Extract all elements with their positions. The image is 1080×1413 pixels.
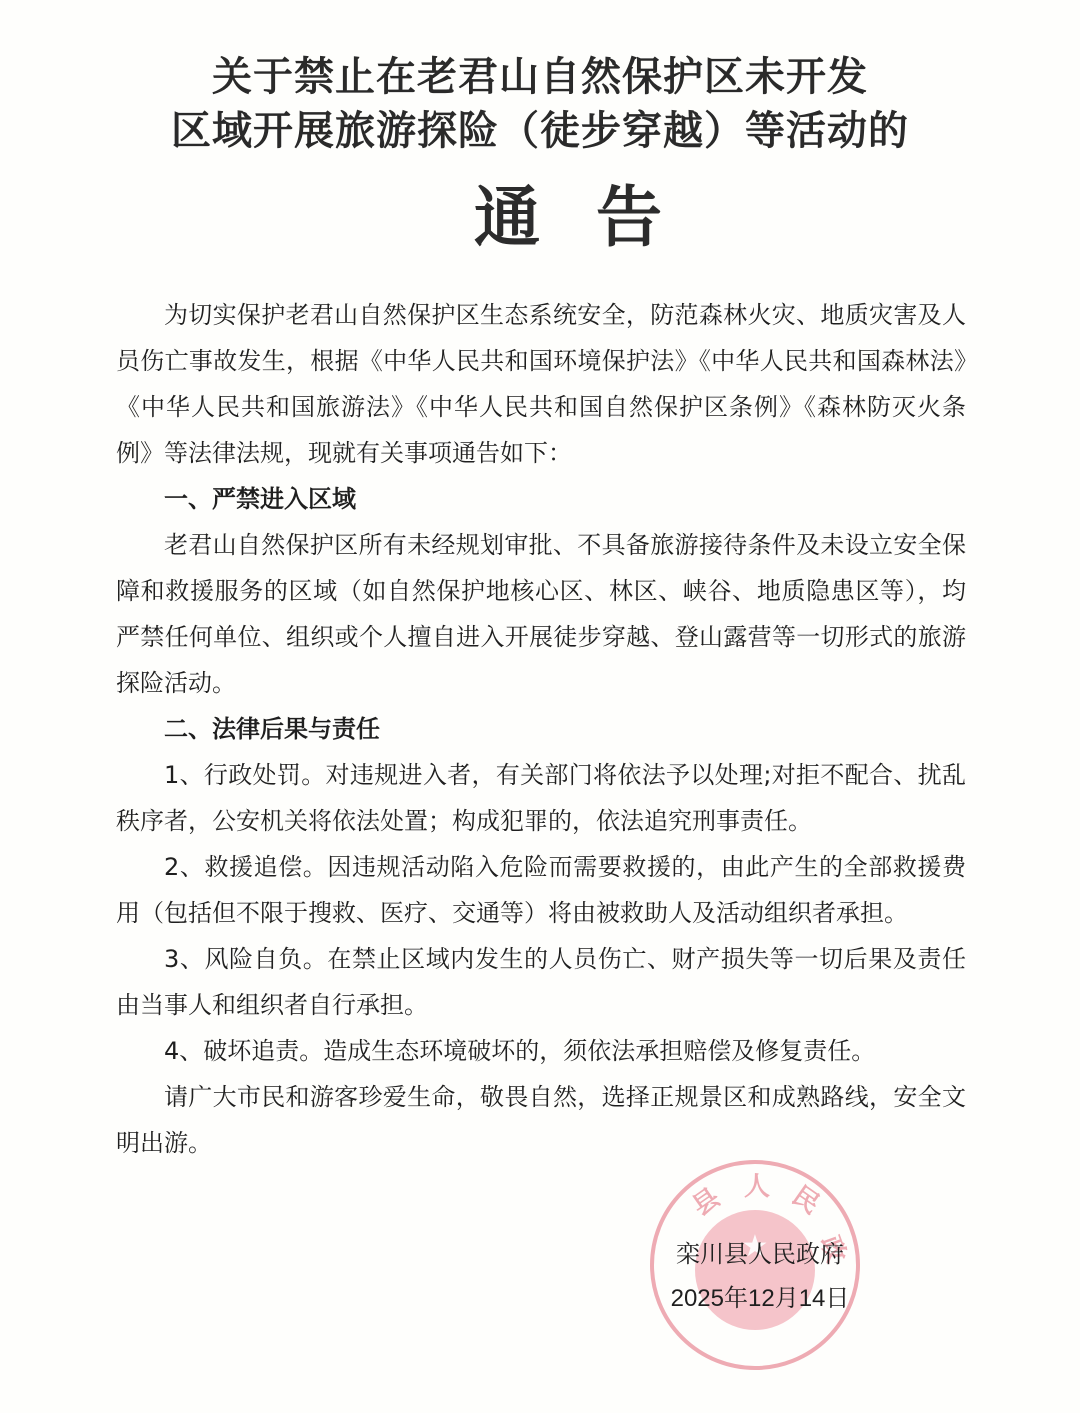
stamp-char: 民 bbox=[786, 1176, 829, 1221]
document-body: 为切实保护老君山自然保护区生态系统安全，防范森林火灾、地质灾害及人员伤亡事故发生… bbox=[116, 292, 966, 1166]
section-1-paragraph: 老君山自然保护区所有未经规划审批、不具备旅游接待条件及未设立安全保障和救援服务的… bbox=[116, 522, 966, 706]
section-2-heading: 二、法律后果与责任 bbox=[116, 706, 966, 752]
stamp-char: 县 bbox=[684, 1178, 727, 1223]
document-title: 通告 bbox=[0, 172, 1080, 262]
section-2-item-2: 2、救援追偿。因违规活动陷入危险而需要救援的，由此产生的全部救援费用（包括但不限… bbox=[116, 844, 966, 936]
section-1-heading: 一、严禁进入区域 bbox=[116, 476, 966, 522]
title-line-1: 关于禁止在老君山自然保护区未开发 bbox=[0, 52, 1080, 102]
section-2-item-3: 3、风险自负。在禁止区域内发生的人员伤亡、财产损失等一切后果及责任由当事人和组织… bbox=[116, 936, 966, 1028]
section-2-item-4: 4、破坏追责。造成生态环境破坏的，须依法承担赔偿及修复责任。 bbox=[116, 1028, 966, 1074]
closing-paragraph: 请广大市民和游客珍爱生命，敬畏自然，选择正规景区和成熟路线，安全文明出游。 bbox=[116, 1074, 966, 1166]
issuing-organization: 栾川县人民政府 bbox=[640, 1238, 880, 1270]
intro-paragraph: 为切实保护老君山自然保护区生态系统安全，防范森林火灾、地质灾害及人员伤亡事故发生… bbox=[116, 292, 966, 476]
stamp-char: 人 bbox=[744, 1166, 770, 1203]
section-2-item-1: 1、行政处罚。对违规进入者，有关部门将依法予以处理;对拒不配合、扰乱秩序者，公安… bbox=[116, 752, 966, 844]
issue-date: 2025年12月14日 bbox=[640, 1283, 880, 1315]
title-line-2: 区域开展旅游探险（徒步穿越）等活动的 bbox=[0, 106, 1080, 156]
